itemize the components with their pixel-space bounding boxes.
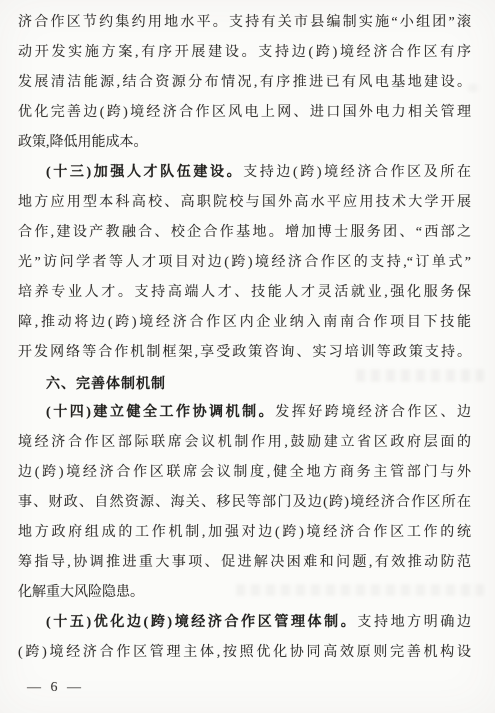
text-run: 光”访问学者等人才项目对边(跨)境经济合作区的支持,“订单式” <box>18 255 471 270</box>
text-line: 开发网络等合作机制框架,享受政策咨询、实习培训等政策支持。 <box>18 338 471 368</box>
text-line: 动开发实施方案,有序开展建设。支持边(跨)境经济合作区有序 <box>18 38 471 68</box>
text-line: 济合作区节约集约用地水平。支持有关市县编制实施“小组团”滚 <box>18 8 471 38</box>
text-run: 发展清洁能源,结合资源分布情况,有序推进已有风电基地建设。 <box>18 75 471 90</box>
text-line: 合作,建设产教融合、校企合作基地。增加博士服务团、“西部之 <box>18 218 471 248</box>
text-run: 开发网络等合作机制框架,享受政策咨询、实习培训等政策支持。 <box>18 345 471 360</box>
text-line: 化解重大风险隐患。 <box>18 578 471 608</box>
text-line: (十四)建立健全工作协调机制。发挥好跨境经济合作区、边 <box>18 398 471 428</box>
text-line: (十三)加强人才队伍建设。支持边(跨)境经济合作区及所在 <box>18 158 471 188</box>
document-page: 济合作区节约集约用地水平。支持有关市县编制实施“小组团”滚动开发实施方案,有序开… <box>0 0 495 713</box>
text-line: (跨)境经济合作区管理主体,按照优化协同高效原则完善机构设 <box>18 638 471 668</box>
paragraph-heading-run: (十三)加强人才队伍建设。 <box>46 165 243 180</box>
text-line: 优化完善边(跨)境经济合作区风电上网、进口国外电力相关管理 <box>18 98 471 128</box>
text-line: 事、财政、自然资源、海关、移民等部门及边(跨)境经济合作区所在 <box>18 488 471 518</box>
text-run: 支持边(跨)境经济合作区及所在 <box>243 165 471 180</box>
text-run: (跨)境经济合作区管理主体,按照优化协同高效原则完善机构设 <box>18 645 471 660</box>
text-run: 济合作区节约集约用地水平。支持有关市县编制实施“小组团”滚 <box>18 15 471 30</box>
text-run: 境经济合作区部际联席会议机制作用,鼓励建立省区政府层面的 <box>18 435 471 450</box>
text-run: 发挥好跨境经济合作区、边 <box>275 405 471 420</box>
text-line: 地方应用型本科高校、高职院校与国外高水平应用技术大学开展 <box>18 188 471 218</box>
text-run: 六、完善体制机制 <box>46 375 166 391</box>
text-line: 地方政府组成的工作机制,加强对边(跨)境经济合作区工作的统 <box>18 518 471 548</box>
text-run: 筹指导,协调推进重大事项、促进解决困难和问题,有效推动防范 <box>18 555 471 570</box>
section-heading: 六、完善体制机制 <box>18 368 471 398</box>
body-text: 济合作区节约集约用地水平。支持有关市县编制实施“小组团”滚动开发实施方案,有序开… <box>18 8 471 668</box>
text-line: 光”访问学者等人才项目对边(跨)境经济合作区的支持,“订单式” <box>18 248 471 278</box>
text-line: 境经济合作区部际联席会议机制作用,鼓励建立省区政府层面的 <box>18 428 471 458</box>
text-line: 培养专业人才。支持高端人才、技能人才灵活就业,强化服务保 <box>18 278 471 308</box>
paragraph-heading-run: (十四)建立健全工作协调机制。 <box>46 405 275 420</box>
text-line: (十五)优化边(跨)境经济合作区管理体制。支持地方明确边 <box>18 608 471 638</box>
text-run: 政策,降低用能成本。 <box>18 135 148 150</box>
text-line: 障,推动将边(跨)境经济合作区内企业纳入南南合作项目下技能 <box>18 308 471 338</box>
text-run: 障,推动将边(跨)境经济合作区内企业纳入南南合作项目下技能 <box>18 315 471 330</box>
text-line: 筹指导,协调推进重大事项、促进解决困难和问题,有效推动防范 <box>18 548 471 578</box>
text-run: 合作,建设产教融合、校企合作基地。增加博士服务团、“西部之 <box>18 225 471 240</box>
paragraph-heading-run: (十五)优化边(跨)境经济合作区管理体制。 <box>46 615 357 630</box>
page-number: — 6 — <box>27 680 84 696</box>
text-run: 事、财政、自然资源、海关、移民等部门及边(跨)境经济合作区所在 <box>18 495 471 510</box>
text-run: 化解重大风险隐患。 <box>18 585 144 600</box>
text-line: 发展清洁能源,结合资源分布情况,有序推进已有风电基地建设。 <box>18 68 471 98</box>
text-run: 支持地方明确边 <box>357 615 471 630</box>
text-run: 优化完善边(跨)境经济合作区风电上网、进口国外电力相关管理 <box>18 105 471 120</box>
text-run: 地方政府组成的工作机制,加强对边(跨)境经济合作区工作的统 <box>18 525 471 540</box>
text-line: 边(跨)境经济合作区联席会议制度,健全地方商务主管部门与外 <box>18 458 471 488</box>
text-run: 动开发实施方案,有序开展建设。支持边(跨)境经济合作区有序 <box>18 45 471 60</box>
text-run: 培养专业人才。支持高端人才、技能人才灵活就业,强化服务保 <box>18 285 471 300</box>
text-line: 政策,降低用能成本。 <box>18 128 471 158</box>
text-run: 地方应用型本科高校、高职院校与国外高水平应用技术大学开展 <box>18 195 471 210</box>
text-run: 边(跨)境经济合作区联席会议制度,健全地方商务主管部门与外 <box>18 465 471 480</box>
